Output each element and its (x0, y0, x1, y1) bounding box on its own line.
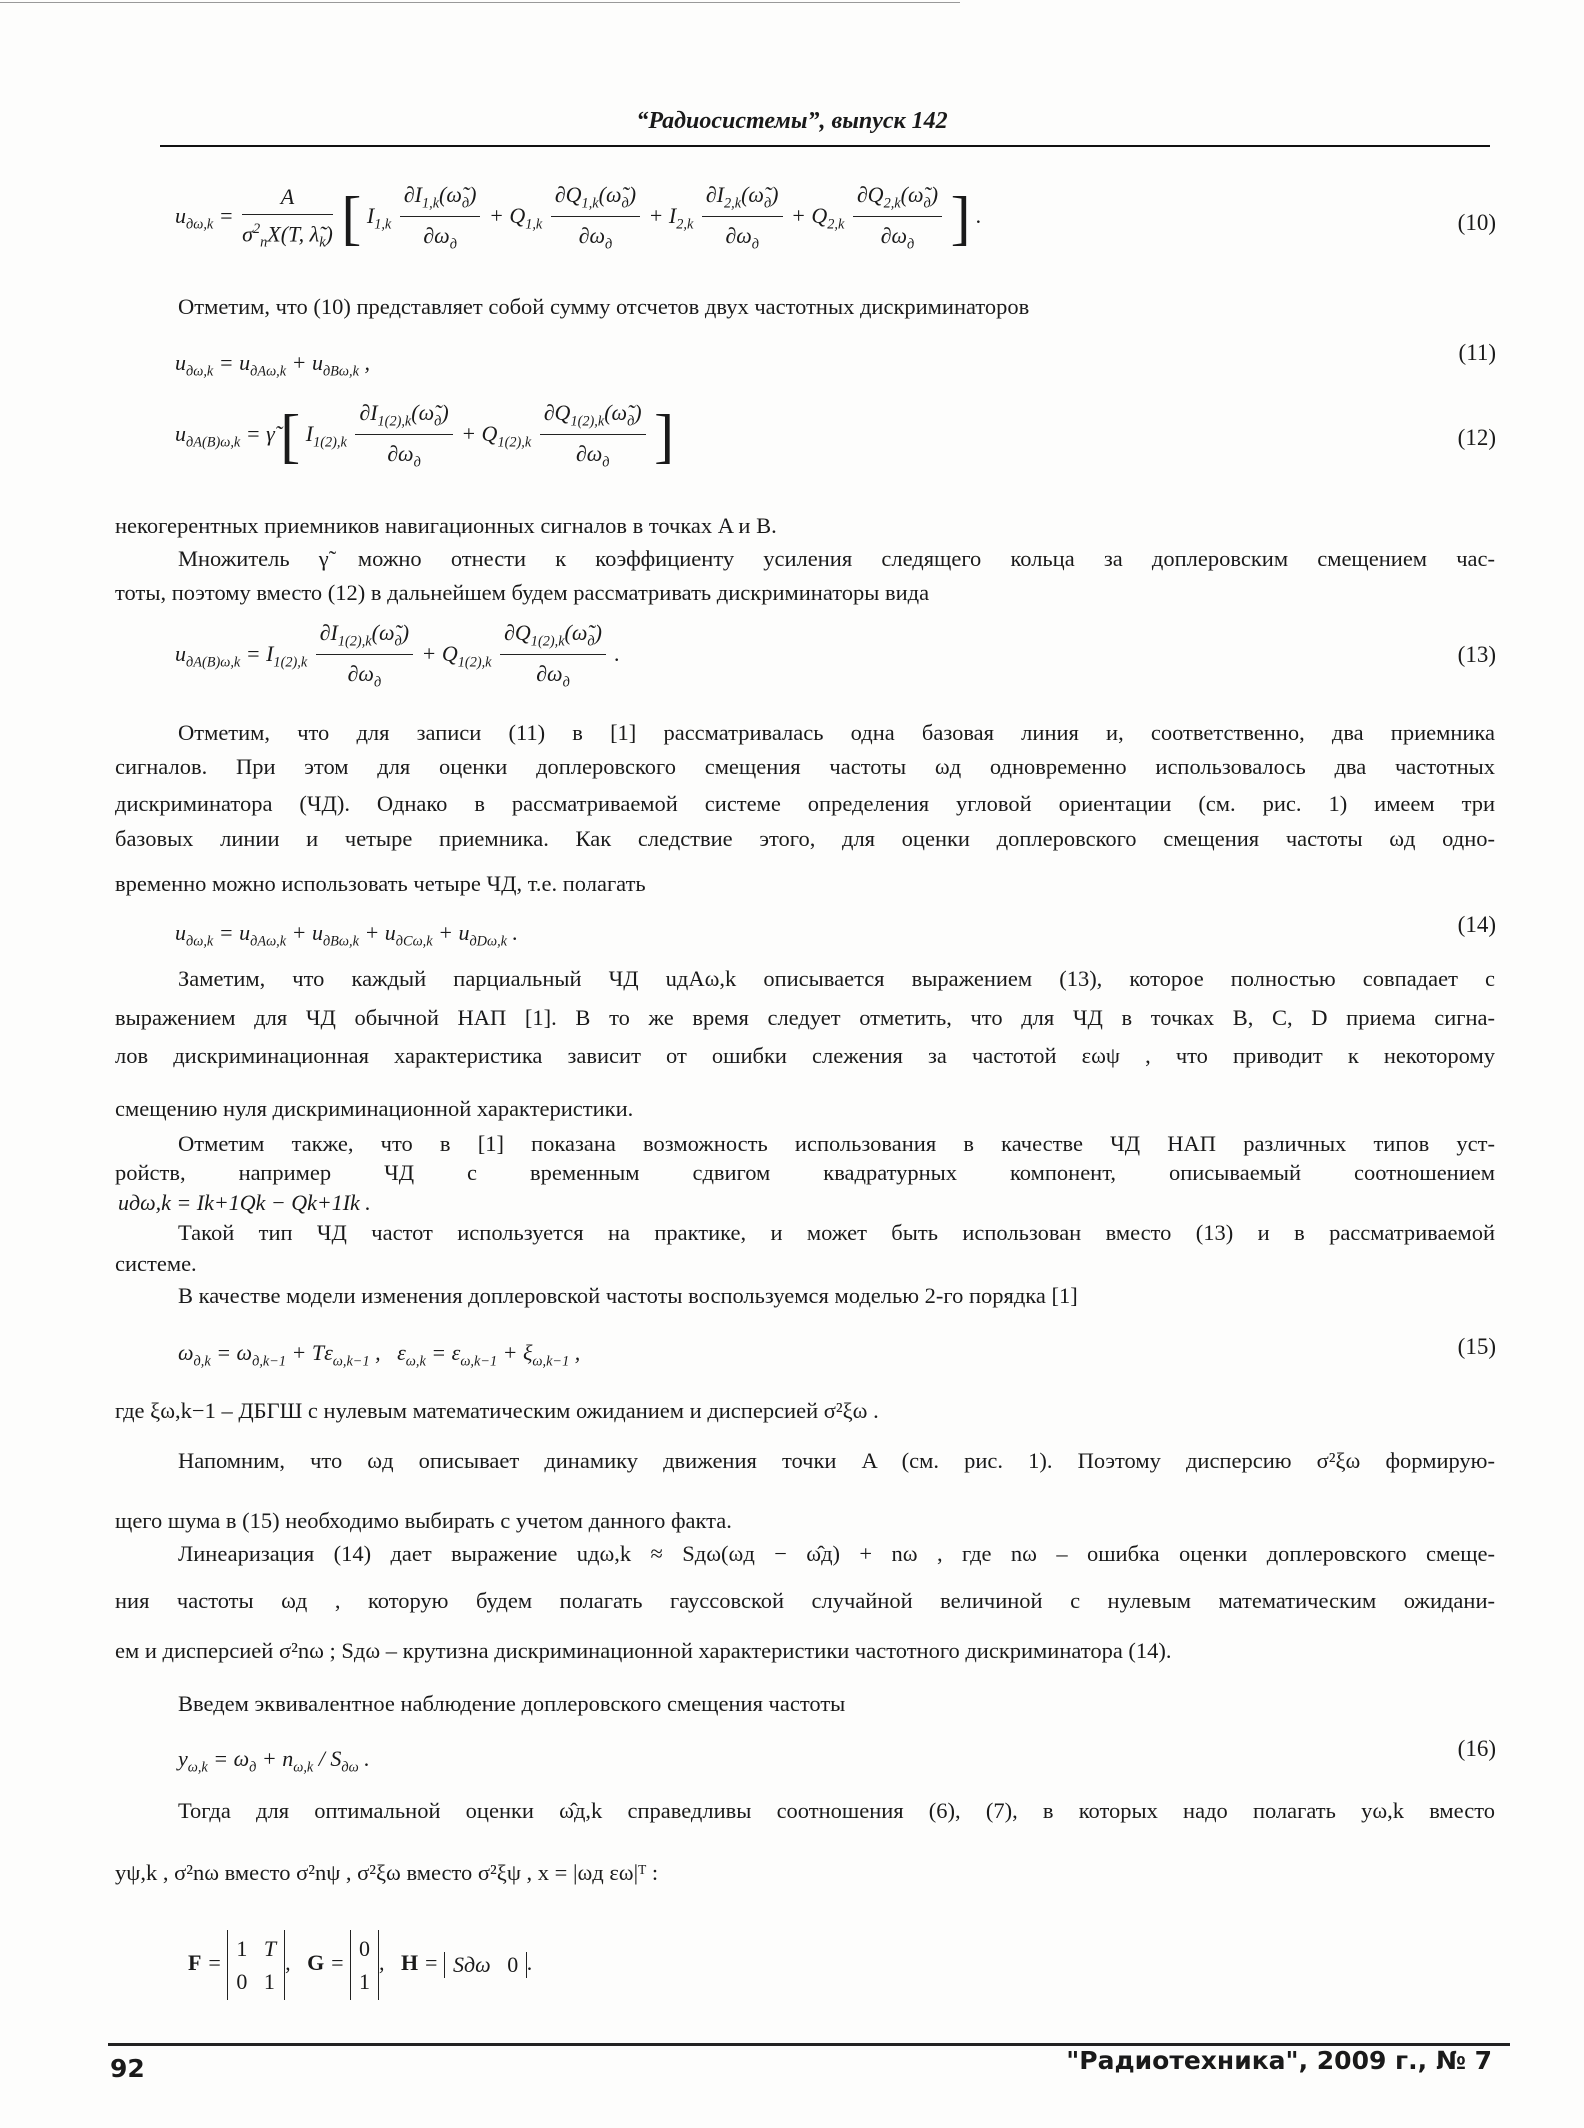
paragraph-1: Отметим, что (10) представляет собой сум… (178, 296, 1029, 319)
paragraph-11-line-3: ем и дисперсией σ²nω ; Sдω – крутизна ди… (115, 1640, 1172, 1663)
equation-number-16: (16) (1458, 1736, 1496, 1762)
paragraph-5-line-1: Заметим, что каждый парциальный ЧД uдAω,… (178, 968, 1495, 991)
equation-number-15: (15) (1458, 1334, 1496, 1360)
matrix-g: 0 1 (350, 1930, 379, 2000)
paragraph-4-line-3: дискриминатора (ЧД). Однако в рассматрив… (115, 793, 1495, 816)
scan-edge-line (0, 2, 960, 3)
paragraph-11-line-1: Линеаризация (14) дает выражение uдω,k ≈… (178, 1543, 1495, 1566)
equation-11: uдω,k = uдAω,k + uдBω,k , (175, 350, 370, 380)
equation-15: ωд,k = ωд,k−1 + Tεω,k−1 , εω,k = εω,k−1 … (178, 1340, 580, 1370)
equation-number-12: (12) (1458, 425, 1496, 451)
journal-footer: "Радиотехника", 2009 г., № 7 (1066, 2046, 1492, 2075)
paragraph-10-line-2: щего шума в (15) необходимо выбирать с у… (115, 1510, 732, 1533)
paragraph-4-line-5: временно можно использовать четыре ЧД, т… (115, 873, 646, 896)
paragraph-13-line-2: yψ,k , σ²nω вместо σ²nψ , σ²ξω вместо σ²… (115, 1862, 658, 1885)
state-matrices: F = 1 T 0 1 , G = 0 1 , H = Sдω 0 . (188, 1930, 533, 2000)
header-rule (160, 145, 1490, 147)
paragraph-12: Введем эквивалентное наблюдение доплеров… (178, 1693, 845, 1716)
equation-number-11: (11) (1459, 340, 1496, 366)
equation-16: yω,k = ωд + nω,k / Sдω . (178, 1746, 370, 1776)
matrix-h: Sдω 0 (444, 1952, 527, 1978)
equation-number-10: (10) (1458, 210, 1496, 236)
paragraph-5-line-3: лов дискриминационная характеристика зав… (115, 1045, 1495, 1068)
paragraph-4-line-1: Отметим, что для записи (11) в [1] рассм… (178, 722, 1495, 745)
equation-13: uдA(B)ω,k = I1(2),k ∂I1(2),k(ω̃д)∂ωд + Q… (175, 620, 620, 692)
paragraph-6-line-1: Отметим также, что в [1] показана возмож… (178, 1133, 1495, 1156)
paragraph-5-line-4: смещению нуля дискриминационной характер… (115, 1098, 633, 1121)
paragraph-6-line-2: ройств, например ЧД с временным сдвигом … (115, 1162, 1495, 1185)
paragraph-3-line-2: тоты, поэтому вместо (12) в дальнейшем б… (115, 582, 929, 605)
paragraph-7-line-1: Такой тип ЧД частот используется на прак… (178, 1222, 1495, 1245)
paragraph-7-line-2: системе. (115, 1253, 197, 1276)
paragraph-3-line-1: Множитель γ̃ можно отнести к коэффициент… (178, 548, 1495, 571)
paragraph-2: некогерентных приемников навигационных с… (115, 515, 777, 538)
matrix-f: 1 T 0 1 (227, 1930, 285, 2000)
equation-12: uдA(B)ω,k = γ̃ [ I1(2),k ∂I1(2),k(ω̃д)∂ω… (175, 400, 674, 472)
paragraph-11-line-2: ния частоты ωд , которую будем полагать … (115, 1590, 1495, 1613)
paragraph-10-line-1: Напомним, что ωд описывает динамику движ… (178, 1450, 1495, 1473)
equation-10: uдω,k = Aσ2nX(T, λ̃k) [ I1,k ∂I1,k(ω̃д)∂… (175, 182, 982, 254)
paragraph-8: В качестве модели изменения доплеровской… (178, 1285, 1078, 1308)
paragraph-9: где ξω,k−1 – ДБГШ с нулевым математическ… (115, 1400, 879, 1423)
equation-number-14: (14) (1458, 912, 1496, 938)
paragraph-4-line-2: сигналов. При этом для оценки доплеровск… (115, 756, 1495, 779)
running-header: “Радиосистемы”, выпуск 142 (0, 108, 1584, 135)
document-page: “Радиосистемы”, выпуск 142 uдω,k = Aσ2nX… (0, 0, 1584, 2128)
paragraph-4-line-4: базовых линии и четыре приемника. Как сл… (115, 828, 1495, 851)
paragraph-5-line-2: выражением для ЧД обычной НАП [1]. В то … (115, 1007, 1495, 1030)
equation-14: uдω,k = uдAω,k + uдBω,k + uдCω,k + uдDω,… (175, 920, 518, 950)
page-number: 92 (110, 2054, 145, 2083)
paragraph-13-line-1: Тогда для оптимальной оценки ω̂д,k справ… (178, 1800, 1495, 1823)
equation-number-13: (13) (1458, 642, 1496, 668)
paragraph-6-line-3: uдω,k = Ik+1Qk − Qk+1Ik . (118, 1190, 371, 1216)
